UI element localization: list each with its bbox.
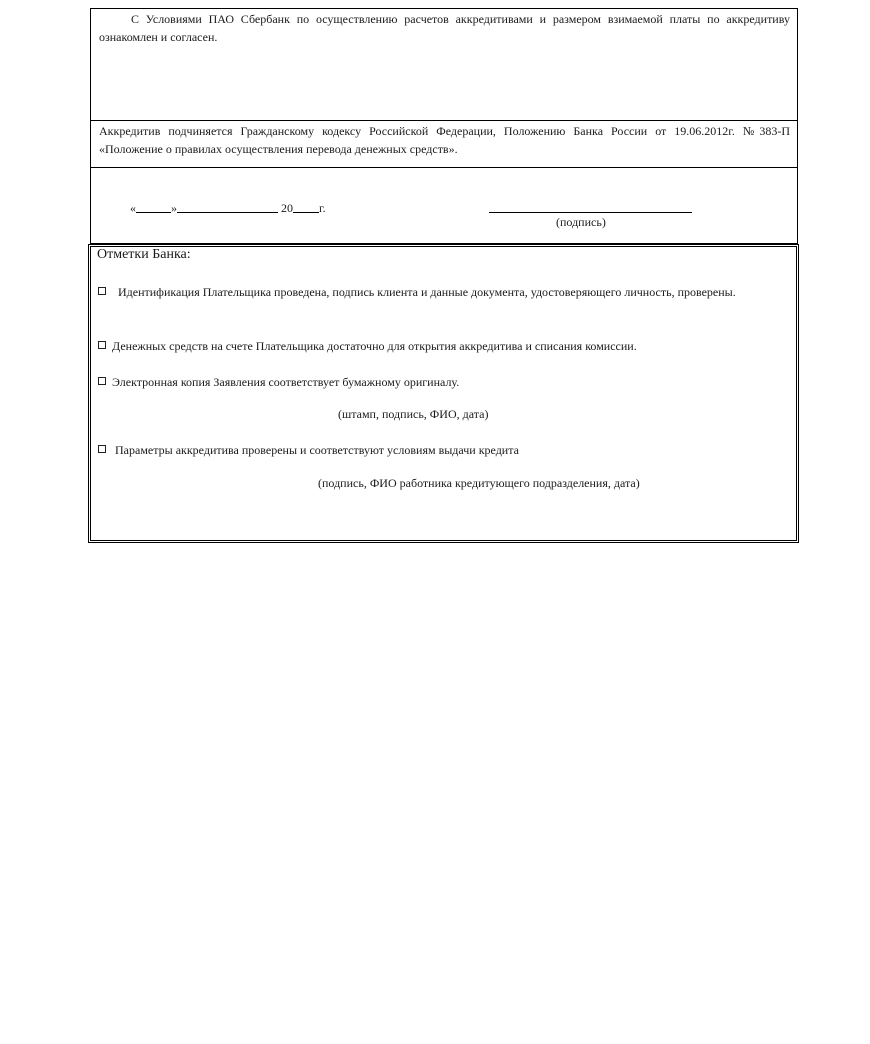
year-prefix: 20: [281, 201, 293, 215]
year-blank[interactable]: [293, 201, 319, 213]
agreement-text: С Условиями ПАО Сбербанк по осуществлени…: [91, 9, 797, 46]
credit-caption: (подпись, ФИО работника кредитующего под…: [318, 476, 640, 491]
date-field[interactable]: «» 20г.: [130, 201, 326, 216]
day-blank[interactable]: [136, 201, 171, 213]
checkbox-icon[interactable]: [98, 377, 106, 385]
signature-row: «» 20г. (подпись): [90, 167, 798, 243]
year-suffix: г.: [319, 201, 326, 215]
agreement-row: С Условиями ПАО Сбербанк по осуществлени…: [90, 8, 798, 120]
check-credit-params[interactable]: Параметры аккредитива проверены и соотве…: [98, 441, 790, 460]
legal-basis-row: Аккредитив подчиняется Гражданскому коде…: [90, 120, 798, 167]
signature-line[interactable]: [489, 212, 692, 213]
checkbox-icon[interactable]: [98, 341, 106, 349]
stamp-caption: (штамп, подпись, ФИО, дата): [338, 407, 488, 422]
check-funds-sufficient[interactable]: Денежных средств на счете Плательщика до…: [98, 337, 790, 356]
check-identification[interactable]: Идентификация Плательщика проведена, под…: [98, 283, 790, 302]
checkbox-icon[interactable]: [98, 287, 106, 295]
signature-caption: (подпись): [556, 215, 606, 230]
bank-marks-box: Отметки Банка: Идентификация Плательщика…: [88, 244, 799, 543]
check-identification-label: Идентификация Плательщика проведена, под…: [118, 285, 736, 299]
check-electronic-copy-label: Электронная копия Заявления соответствуе…: [112, 375, 459, 389]
application-form-table: С Условиями ПАО Сбербанк по осуществлени…: [90, 8, 798, 244]
check-credit-params-label: Параметры аккредитива проверены и соотве…: [115, 443, 519, 457]
month-blank[interactable]: [177, 201, 278, 213]
check-electronic-copy[interactable]: Электронная копия Заявления соответствуе…: [98, 373, 790, 392]
legal-basis-text: Аккредитив подчиняется Гражданскому коде…: [91, 121, 797, 158]
checkbox-icon[interactable]: [98, 445, 106, 453]
bank-marks-title: Отметки Банка:: [97, 247, 191, 263]
check-funds-label: Денежных средств на счете Плательщика до…: [112, 339, 637, 353]
